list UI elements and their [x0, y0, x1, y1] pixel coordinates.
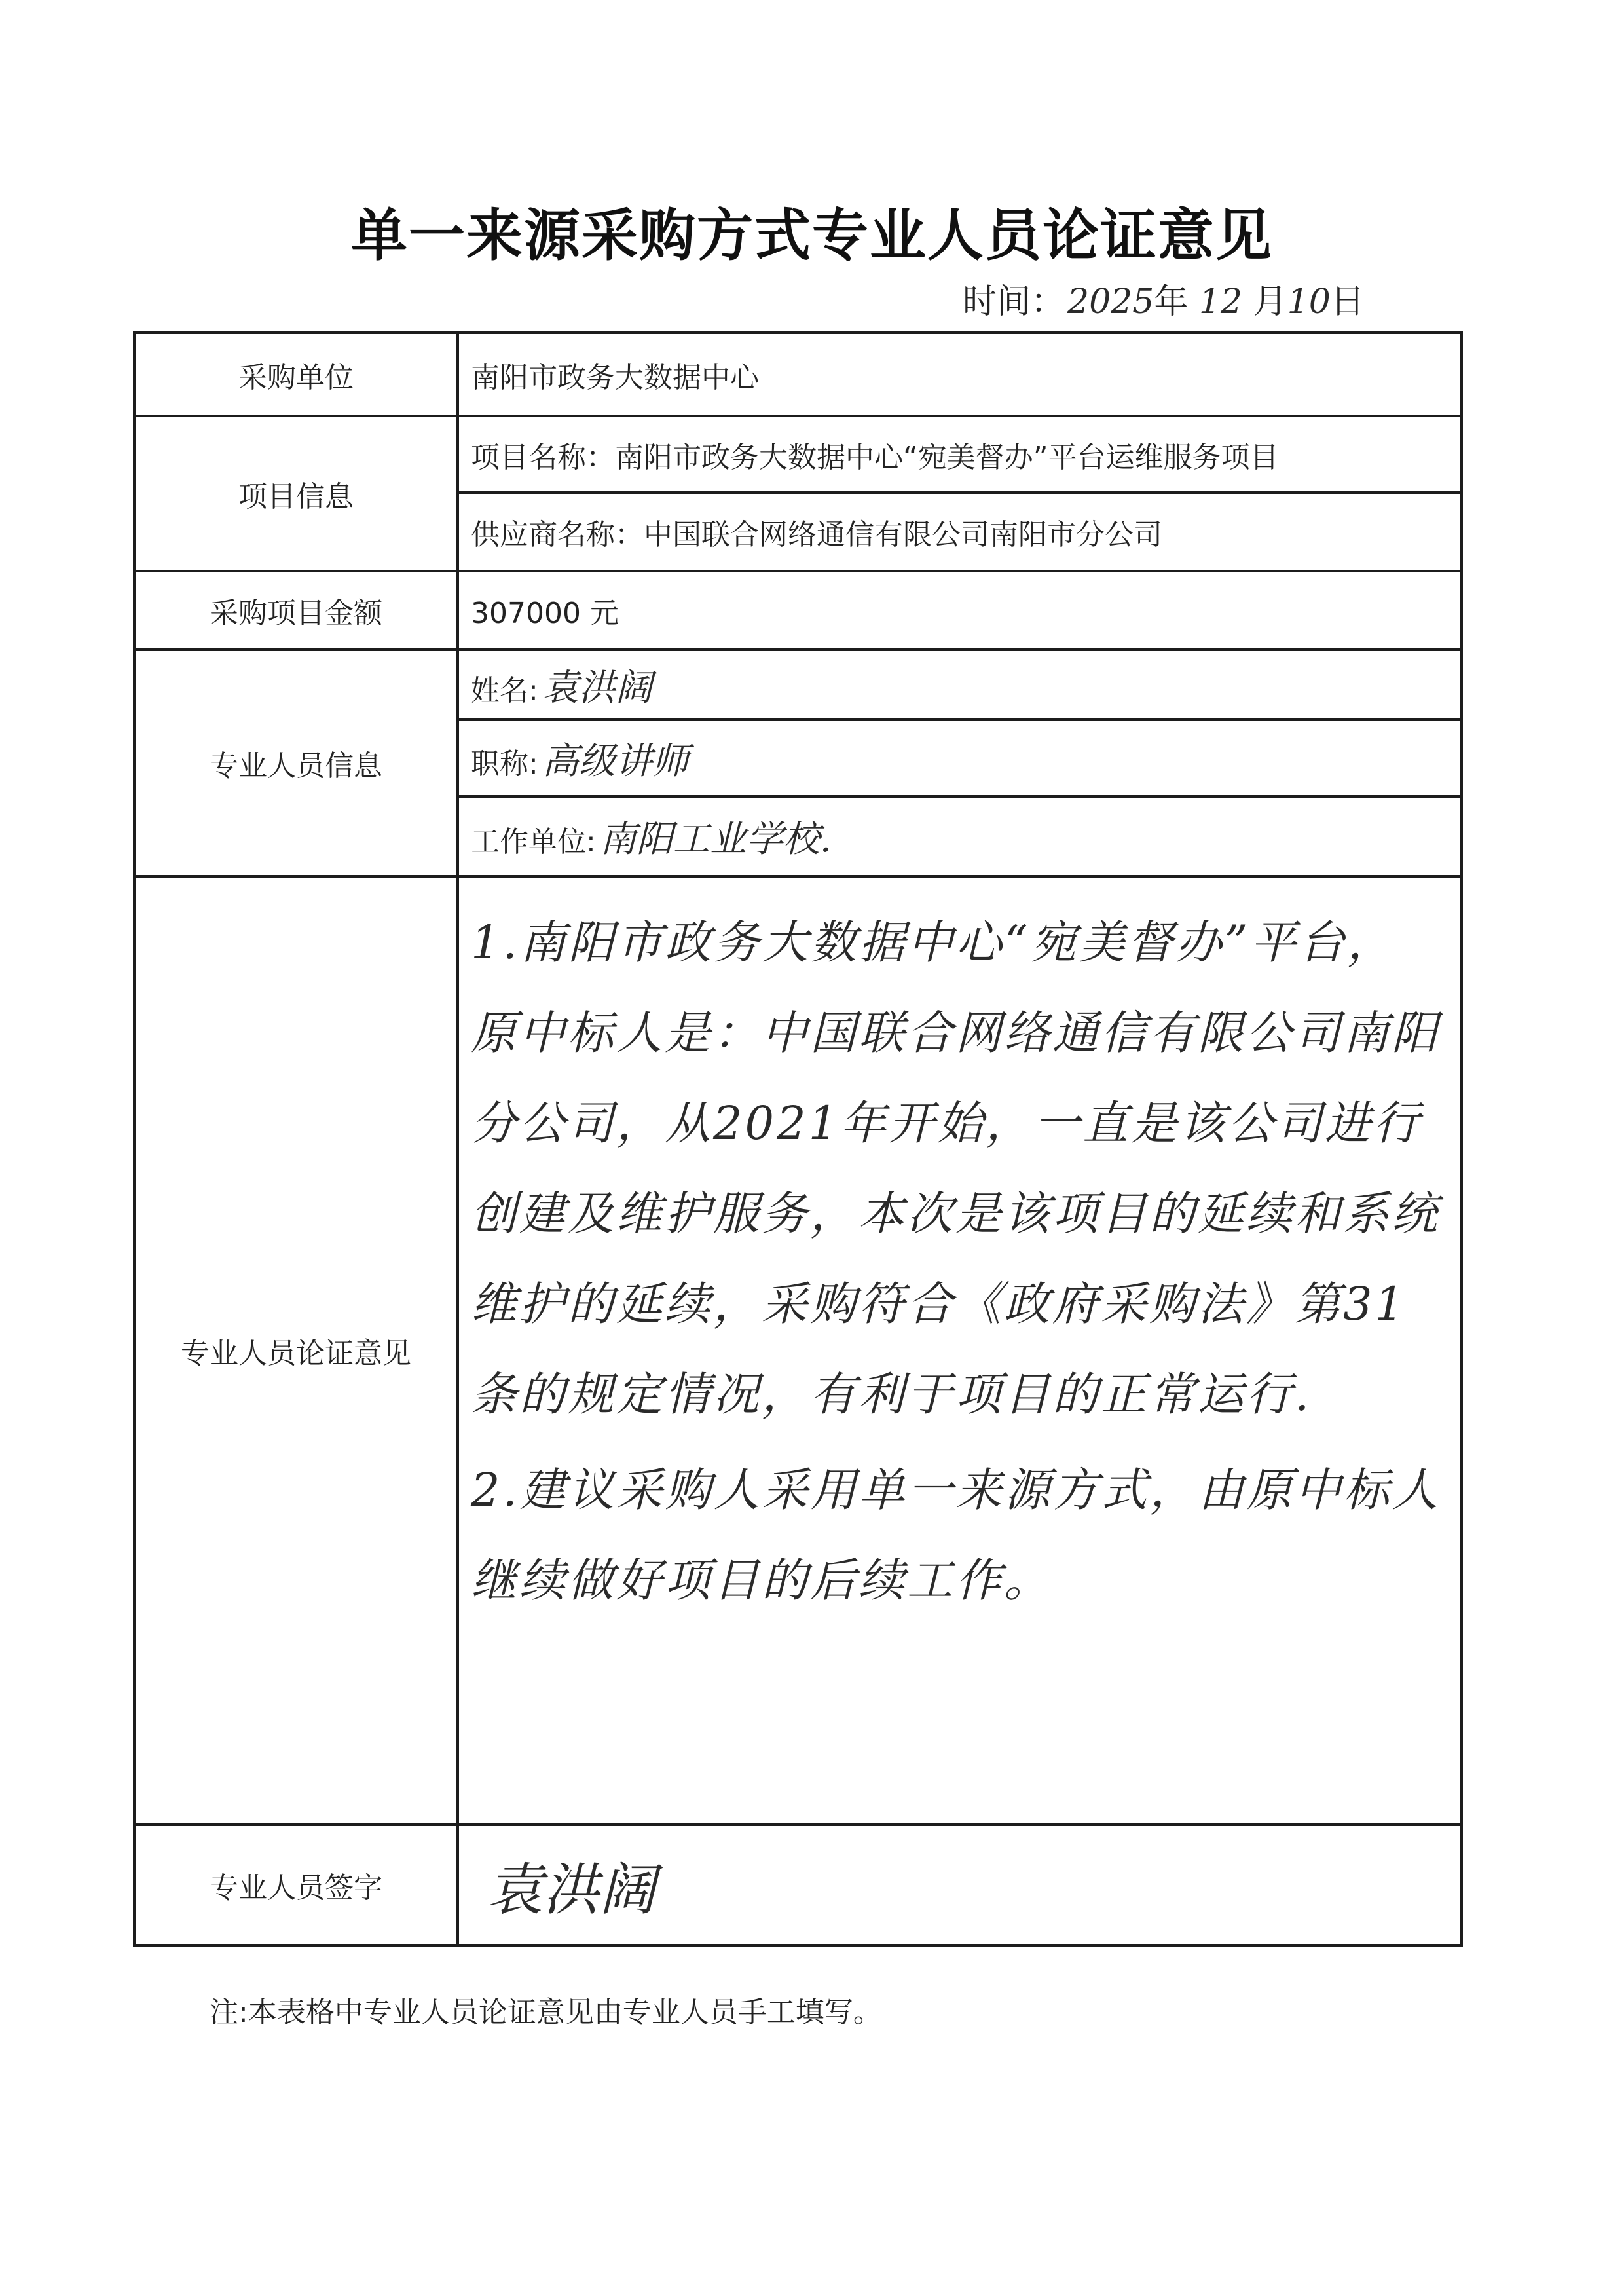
footer-note: 注:本表格中专业人员论证意见由专业人员手工填写。: [210, 1988, 882, 2030]
document-title: 单一来源采购方式专业人员论证意见: [0, 190, 1624, 271]
opinion-paragraph-1: 1.南阳市政务大数据中心“宛美督办”平台，原中标人是：中国联合网络通信有限公司南…: [471, 897, 1443, 1440]
opinion-paragraph-2: 2.建议采购人采用单一来源方式，由原中标人继续做好项目的后续工作。: [471, 1445, 1443, 1626]
date-month-suffix: 月: [1253, 282, 1287, 322]
expert-title-label: 职称:: [471, 747, 538, 781]
amount-label: 采购项目金额: [134, 571, 458, 650]
expert-workplace-cell: 工作单位:南阳工业学校.: [458, 796, 1462, 876]
date-month: 12: [1199, 282, 1242, 322]
signature-cell: 袁洪阔: [458, 1825, 1462, 1945]
row-amount: 采购项目金额 307000 元: [134, 571, 1462, 650]
row-opinion: 专业人员论证意见 1.南阳市政务大数据中心“宛美督办”平台，原中标人是：中国联合…: [134, 876, 1462, 1825]
project-name: 项目名称：南阳市政务大数据中心“宛美督办”平台运维服务项目: [458, 416, 1462, 493]
expert-workplace-handwritten: 南阳工业学校.: [600, 818, 832, 861]
opinion-label: 专业人员论证意见: [134, 876, 458, 1825]
date-day: 10: [1287, 282, 1331, 322]
expert-signature-handwritten: 袁洪阔: [471, 1857, 655, 1923]
project-info-label: 项目信息: [134, 416, 458, 571]
date-day-suffix: 日: [1331, 282, 1365, 322]
row-purchaser: 采购单位 南阳市政务大数据中心: [134, 333, 1462, 416]
date-line: 时间：2025年 12 月10日: [963, 274, 1365, 323]
amount-value: 307000 元: [458, 571, 1462, 650]
opinion-cell: 1.南阳市政务大数据中心“宛美督办”平台，原中标人是：中国联合网络通信有限公司南…: [458, 876, 1462, 1825]
date-year-suffix: 年: [1154, 282, 1188, 322]
signature-label: 专业人员签字: [134, 1825, 458, 1945]
expert-title-handwritten: 高级讲师: [542, 740, 689, 783]
expert-info-label: 专业人员信息: [134, 650, 458, 876]
expert-name-label: 姓名:: [471, 674, 538, 707]
supplier-name: 供应商名称：中国联合网络通信有限公司南阳市分公司: [458, 493, 1462, 571]
purchaser-value: 南阳市政务大数据中心: [458, 333, 1462, 416]
purchaser-label: 采购单位: [134, 333, 458, 416]
expert-title-cell: 职称:高级讲师: [458, 720, 1462, 796]
date-year: 2025: [1067, 282, 1154, 322]
expert-name-handwritten: 袁洪阔: [542, 667, 652, 709]
row-expert-name: 专业人员信息 姓名:袁洪阔: [134, 650, 1462, 720]
expert-name-cell: 姓名:袁洪阔: [458, 650, 1462, 720]
expert-workplace-label: 工作单位:: [471, 825, 596, 859]
argumentation-form-table: 采购单位 南阳市政务大数据中心 项目信息 项目名称：南阳市政务大数据中心“宛美督…: [133, 331, 1463, 1947]
row-project-name: 项目信息 项目名称：南阳市政务大数据中心“宛美督办”平台运维服务项目: [134, 416, 1462, 493]
date-label: 时间：: [963, 282, 1065, 322]
row-signature: 专业人员签字 袁洪阔: [134, 1825, 1462, 1945]
